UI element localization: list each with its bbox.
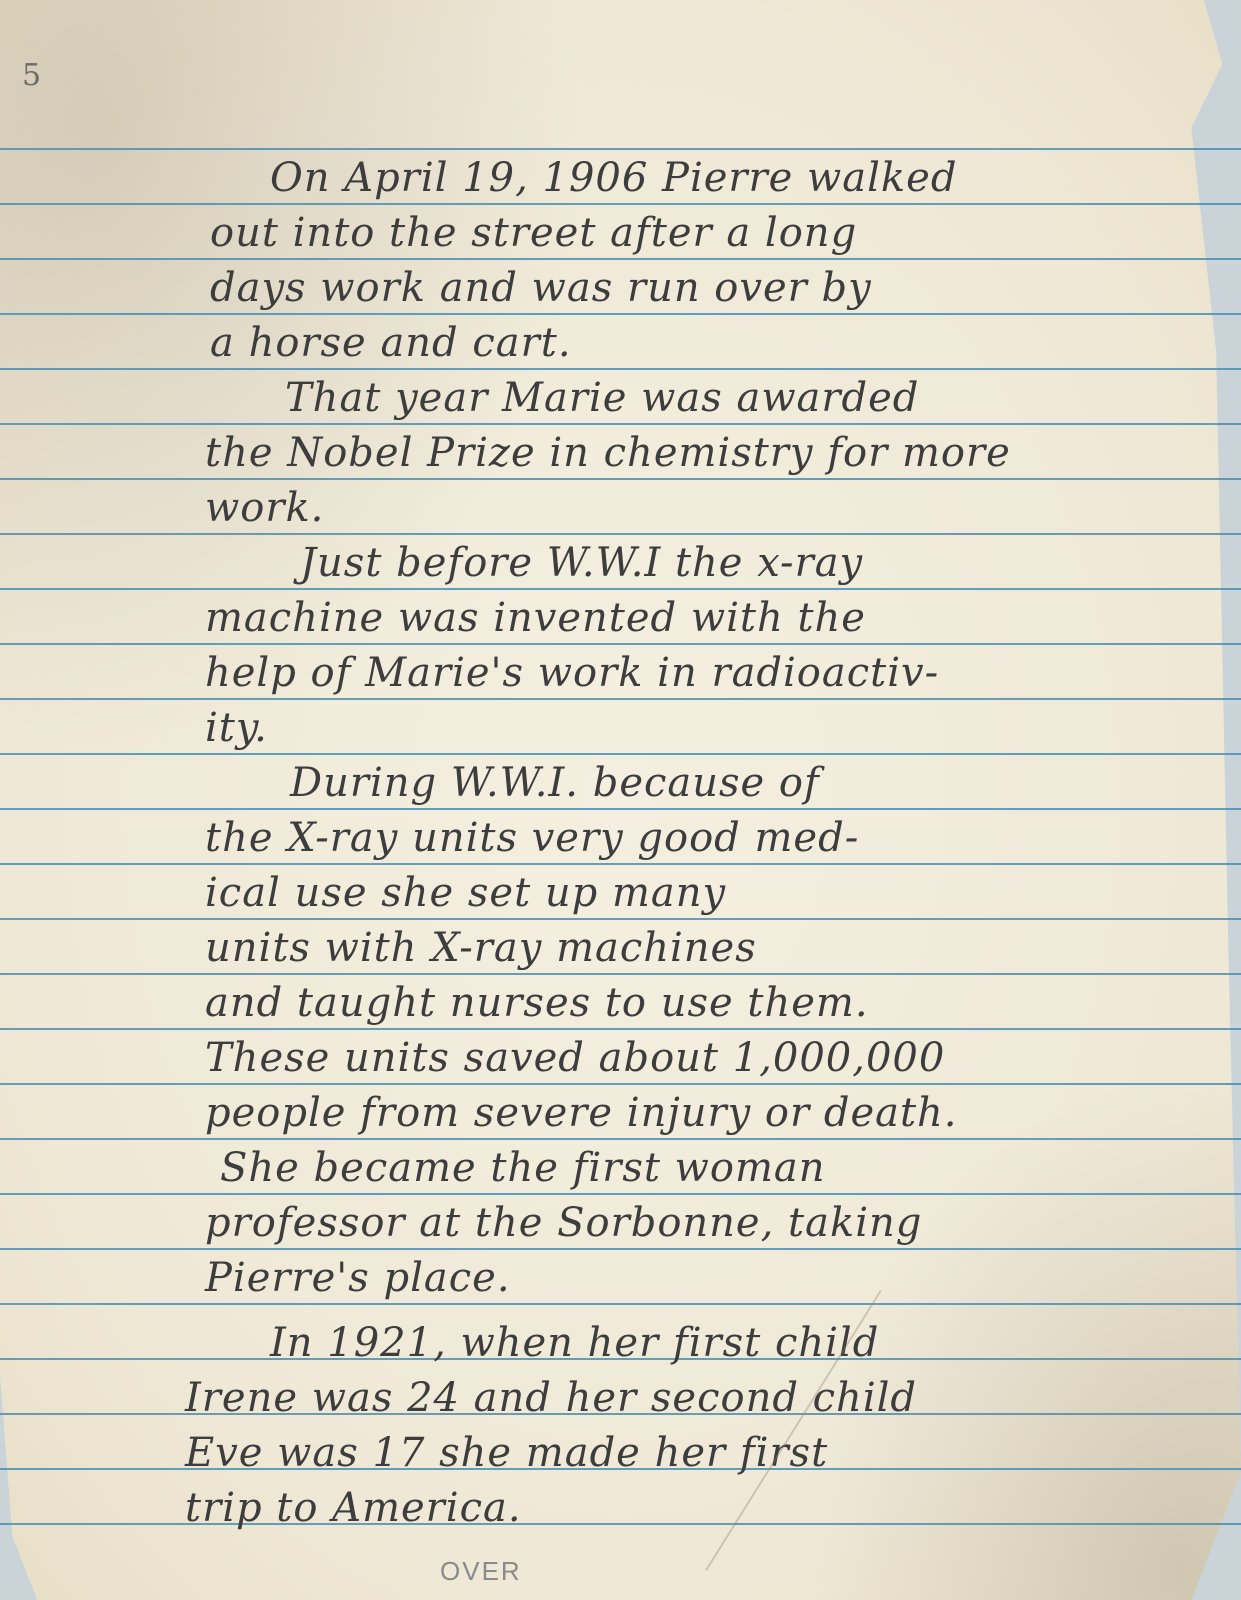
handwritten-line: She became the first woman [220,1142,826,1194]
rule-line [0,1303,1241,1305]
rule-line [0,533,1241,535]
rule-line [0,148,1241,150]
handwritten-line: Irene was 24 and her second child [185,1372,917,1424]
handwritten-line: people from severe injury or death. [205,1087,958,1139]
rule-line [0,368,1241,370]
handwritten-line: out into the street after a long [210,207,857,259]
handwritten-line: days work and was run over by [210,262,872,314]
page-number: 5 [22,58,41,93]
handwritten-line: units with X-ray machines [205,922,757,974]
handwritten-line: and taught nurses to use them. [205,977,869,1029]
handwritten-line: Pierre's place. [205,1252,511,1304]
handwritten-line: trip to America. [185,1482,522,1534]
handwritten-line: Just before W.W.I the x-ray [300,537,863,589]
handwritten-line: the Nobel Prize in chemistry for more [205,427,1011,479]
rule-line [0,753,1241,755]
handwritten-line: a horse and cart. [210,317,572,369]
handwritten-line: On April 19, 1906 Pierre walked [270,152,957,204]
handwritten-line: ical use she set up many [205,867,726,919]
handwritten-line: In 1921, when her first child [270,1317,879,1369]
handwritten-line: During W.W.I. because of [290,757,820,809]
over-note: OVER [440,1556,522,1587]
handwritten-line: ity. [205,702,268,754]
handwritten-line: Eve was 17 she made her first [185,1427,828,1479]
handwritten-line: help of Marie's work in radioactiv- [205,647,939,699]
handwritten-line: professor at the Sorbonne, taking [205,1197,922,1249]
handwritten-line: These units saved about 1,000,000 [205,1032,945,1084]
handwritten-line: That year Marie was awarded [285,372,919,424]
handwritten-line: work. [205,482,324,534]
handwritten-line: machine was invented with the [205,592,866,644]
handwritten-line: the X-ray units very good med- [205,812,859,864]
